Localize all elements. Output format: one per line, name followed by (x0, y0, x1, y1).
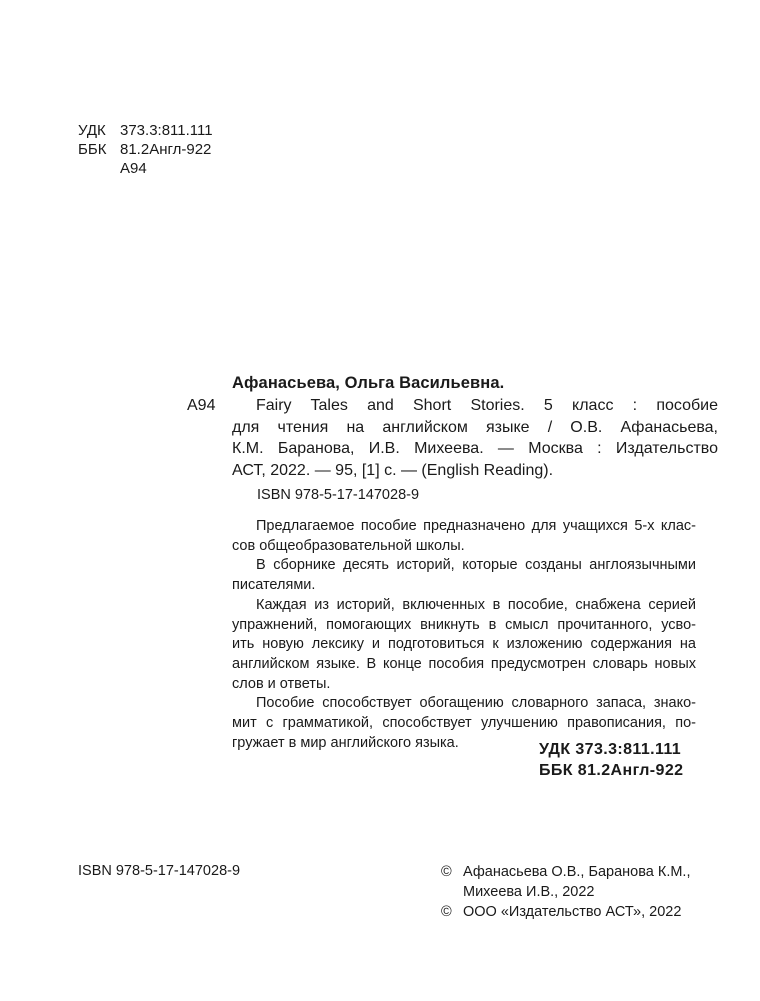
copyright-block: © Афанасьева О.В., Баранова К.М., Михеев… (441, 862, 691, 922)
udk-value: 373.3:811.111 (120, 121, 213, 140)
copyright-icon: © (441, 862, 463, 882)
classification-bold-block: УДК 373.3:811.111 ББК 81.2Англ-922 (539, 739, 683, 781)
biblio-line: для чтения на английском языке / О.В. Аф… (232, 417, 718, 439)
cutter-row: А94 (78, 159, 213, 178)
udk-row: УДК 373.3:811.111 (78, 121, 213, 140)
copyright-icon: © (441, 902, 463, 922)
annotation-line: Пособие способствует обогащению словарно… (232, 694, 696, 714)
bbk-label: ББК (78, 140, 120, 159)
annotation-line: сов общеобразовательной школы. (232, 537, 696, 557)
annotation-line: английском языке. В конце пособия предус… (232, 655, 696, 675)
annotation-line: слов и ответы. (232, 675, 696, 695)
bbk-value: 81.2Англ-922 (120, 140, 211, 159)
annotation-line: Предлагаемое пособие предназначено для у… (232, 517, 696, 537)
copyright-authors-text: Афанасьева О.В., Баранова К.М., (463, 862, 691, 882)
annotation-line: ить новую лексику и подготовиться к изло… (232, 635, 696, 655)
copyright-publisher: © ООО «Издательство АСТ», 2022 (441, 902, 691, 922)
annotation-line: Каждая из историй, включенных в пособие,… (232, 596, 696, 616)
annotation-line: В сборнике десять историй, которые созда… (232, 556, 696, 576)
biblio-line: Fairy Tales and Short Stories. 5 класс :… (232, 395, 718, 417)
udk-bold: УДК 373.3:811.111 (539, 739, 683, 760)
author-heading: Афанасьева, Ольга Васильевна. (232, 372, 504, 394)
udk-label: УДК (78, 121, 120, 140)
footer-isbn: ISBN 978-5-17-147028-9 (78, 862, 240, 880)
classification-block: УДК 373.3:811.111 ББК 81.2Англ-922 А94 (78, 121, 213, 178)
entry-isbn: ISBN 978-5-17-147028-9 (257, 486, 419, 504)
annotation-line: мит с грамматикой, способствует улучшени… (232, 714, 696, 734)
annotation: Предлагаемое пособие предназначено для у… (232, 517, 696, 753)
copyright-authors-cont: Михеева И.В., 2022 (441, 882, 691, 902)
copyright-authors: © Афанасьева О.В., Баранова К.М., (441, 862, 691, 882)
biblio-line: К.М. Баранова, И.В. Михеева. — Москва : … (232, 438, 718, 460)
cutter-code: А94 (120, 159, 147, 178)
copyright-publisher-text: ООО «Издательство АСТ», 2022 (463, 902, 681, 922)
annotation-line: писателями. (232, 576, 696, 596)
bbk-row: ББК 81.2Англ-922 (78, 140, 213, 159)
annotation-line: упражнений, помогающих вникнуть в смысл … (232, 616, 696, 636)
bbk-bold: ББК 81.2Англ-922 (539, 760, 683, 781)
entry-cutter-code: А94 (187, 395, 215, 417)
bibliographic-description: Fairy Tales and Short Stories. 5 класс :… (232, 395, 718, 481)
biblio-line: АСТ, 2022. — 95, [1] с. — (English Readi… (232, 460, 718, 482)
copyright-authors-text-cont: Михеева И.В., 2022 (463, 882, 595, 902)
